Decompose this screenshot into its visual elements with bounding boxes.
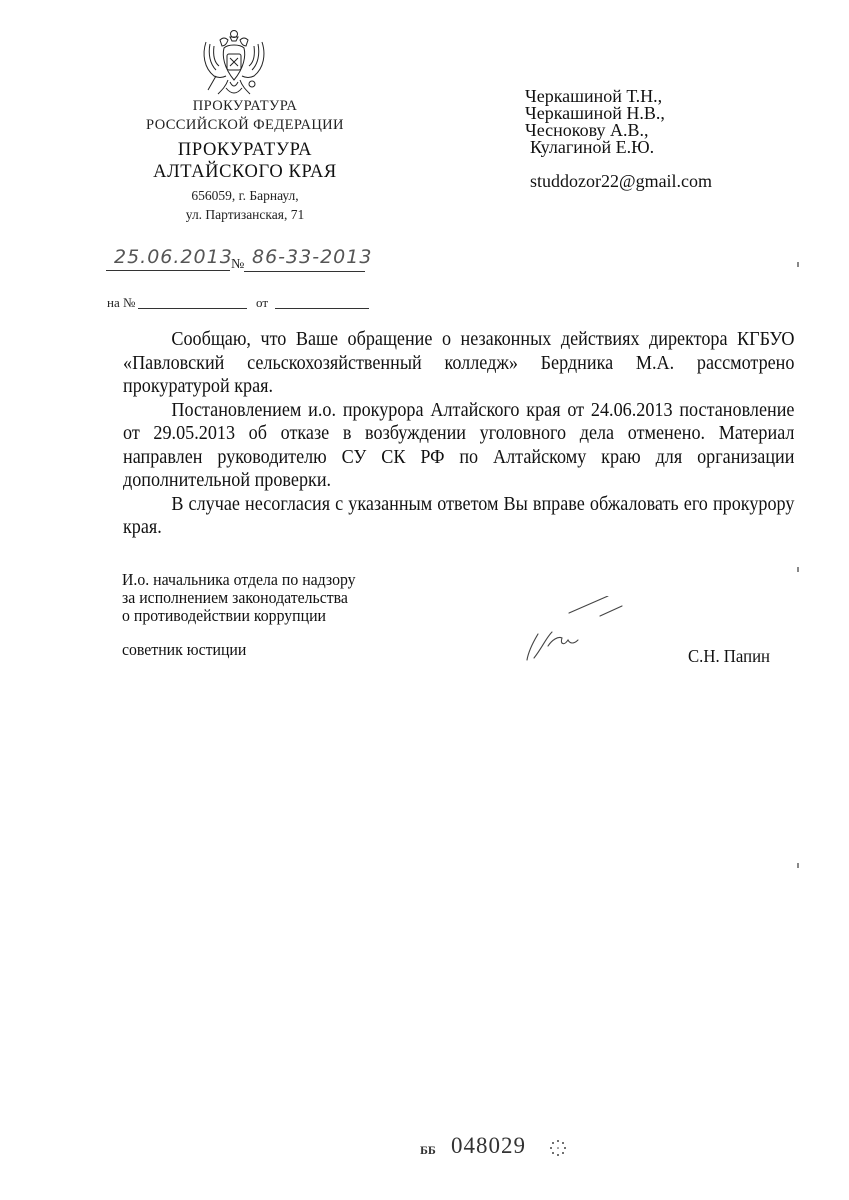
org-address-line-2: ул. Партизанская, 71 [120, 207, 370, 223]
number-underline [244, 271, 365, 272]
addressee-4: Кулагиной Е.Ю. [530, 138, 654, 156]
signatory-position-line-2: за исполнением законодательства [122, 589, 348, 607]
incoming-date-line [275, 308, 369, 309]
body-paragraph-3: В случае несогласия с указанным ответом … [123, 493, 794, 540]
outgoing-date: 25.06.2013 [114, 246, 233, 268]
signatory-position-line-1: И.о. начальника отдела по надзору [122, 571, 356, 589]
form-series: ББ [420, 1143, 436, 1158]
body-paragraph-1: Сообщаю, что Ваше обращение о незаконных… [123, 328, 794, 399]
scan-speck [797, 863, 799, 868]
form-serial-number: 048029 [451, 1133, 526, 1159]
scan-speck [797, 262, 799, 267]
org-name-line-1: ПРОКУРАТУРА [120, 98, 370, 115]
org-name-line-3: ПРОКУРАТУРА [120, 140, 370, 161]
scan-speck [797, 567, 799, 572]
email-address: studdozor22@gmail.com [530, 172, 712, 190]
org-address-line-1: 656059, г. Барнаул, [120, 188, 370, 204]
number-sign: № [231, 257, 244, 273]
org-name-line-2: РОССИЙСКОЙ ФЕДЕРАЦИИ [120, 117, 370, 134]
signatory-position-line-3: о противодействии коррупции [122, 607, 326, 625]
incoming-number-line [138, 308, 247, 309]
body-paragraph-2: Постановлением и.о. прокурора Алтайского… [123, 399, 794, 493]
incoming-number-label: на № [107, 295, 135, 311]
letter-body: Сообщаю, что Ваше обращение о незаконных… [123, 328, 794, 540]
coat-of-arms-emblem [200, 28, 268, 100]
signature-scribble-icon [512, 596, 632, 666]
incoming-date-label: от [256, 295, 268, 311]
rosette-icon [549, 1139, 567, 1157]
signatory-name: С.Н. Папин [688, 647, 770, 665]
org-name-line-4: АЛТАЙСКОГО КРАЯ [120, 162, 370, 183]
handwritten-signature [512, 596, 632, 666]
outgoing-number: 86-33-2013 [252, 246, 372, 268]
signatory-rank: советник юстиции [122, 641, 246, 659]
double-headed-eagle-icon [200, 28, 268, 100]
date-underline [106, 270, 230, 271]
